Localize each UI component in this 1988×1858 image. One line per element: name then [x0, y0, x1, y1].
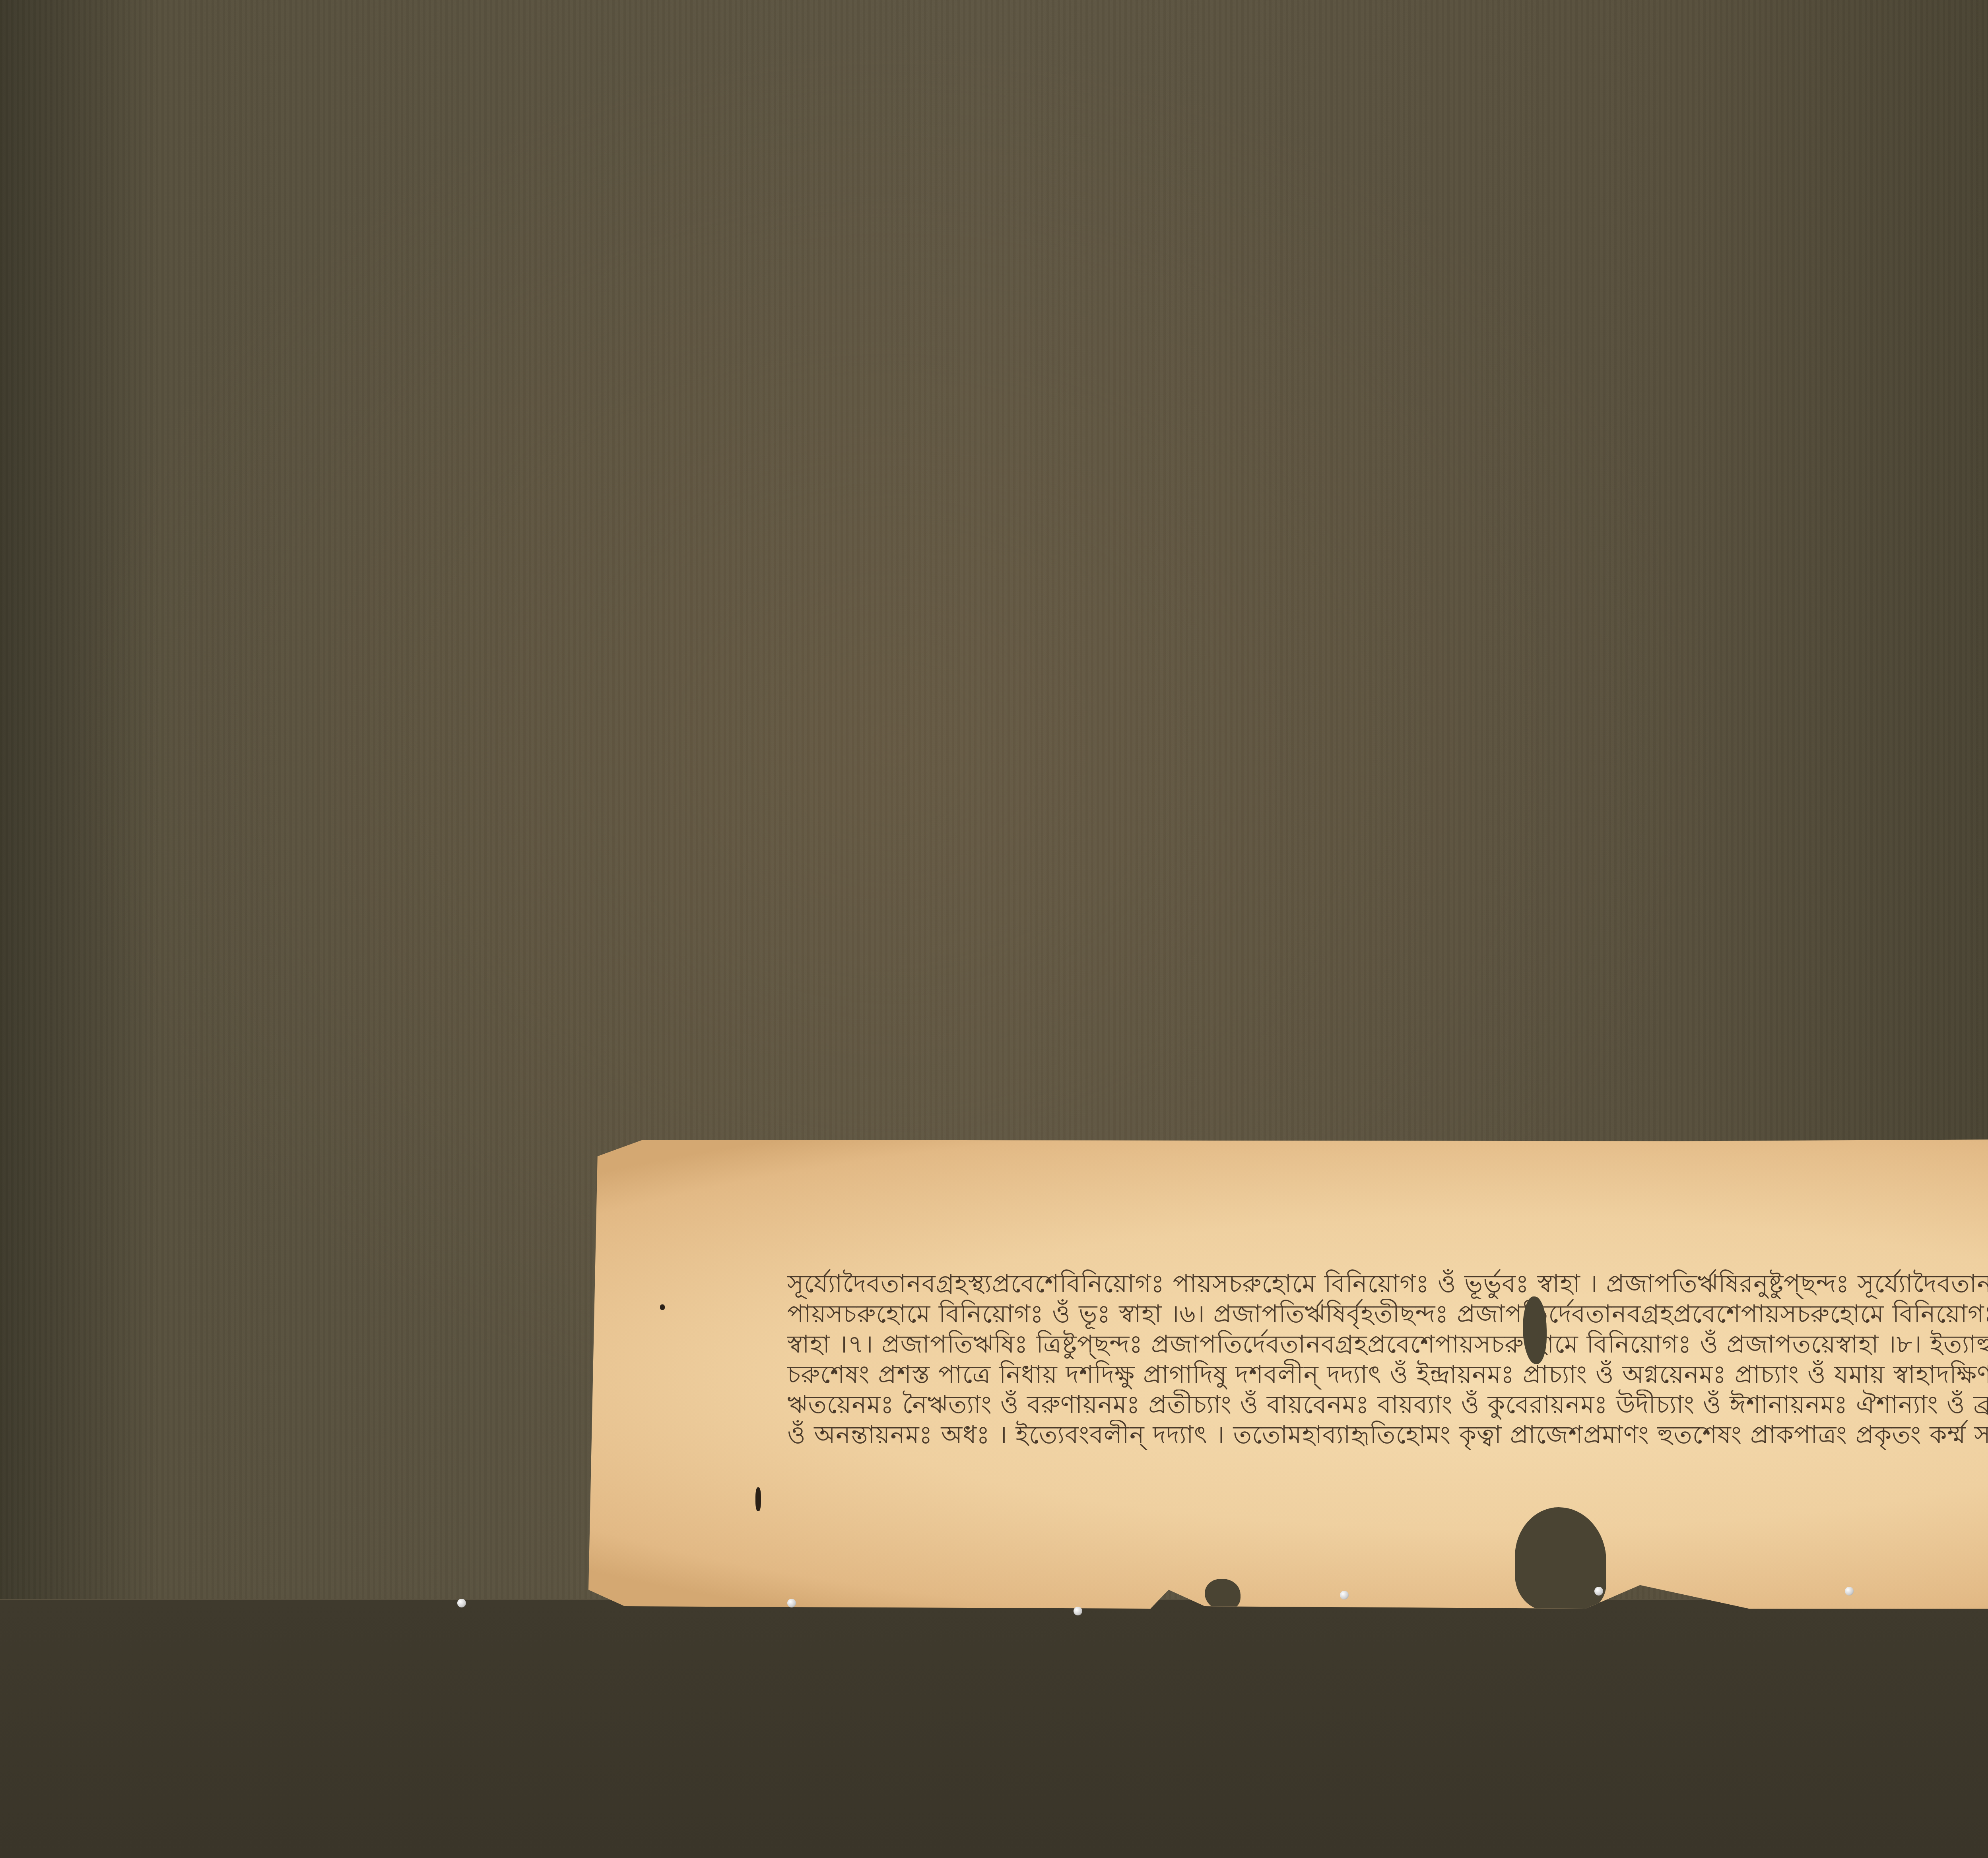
pin	[787, 1599, 796, 1607]
edge-tear-1	[1205, 1579, 1241, 1611]
mounting-board-lower	[0, 1599, 1988, 1858]
ink-blot	[660, 1304, 665, 1310]
text-line-1: সূর্য্যোদৈবতানবগ্রহস্থ্যপ্রবেশেবিনিয়োগঃ…	[787, 1269, 1988, 1299]
text-line-6: ওঁ অনন্তায়নমঃ অধঃ । ইত্যেবংবলীন্‌ দদ্যা…	[787, 1420, 1988, 1450]
pin	[1340, 1591, 1349, 1600]
text-line-2: পায়সচরুহোমে বিনিয়োগঃ ওঁ ভূঃ স্বাহা ।৬।…	[787, 1299, 1988, 1329]
wormhole-lower	[1515, 1507, 1606, 1611]
pin	[1074, 1607, 1082, 1615]
text-line-4: চরুশেষং প্রশস্ত পাত্রে নিধায় দশদিক্ষু প…	[787, 1359, 1988, 1390]
ink-blot	[755, 1487, 761, 1511]
manuscript-folio: সূর্য্যোদৈবতানবগ্রহস্থ্যপ্রবেশেবিনিয়োগঃ…	[588, 1137, 1988, 1609]
text-line-5: ঋতয়েনমঃ নৈঋত্যাং ওঁ বরুণায়নমঃ প্রতীচ্য…	[787, 1390, 1988, 1420]
text-line-3: স্বাহা ।৭। প্রজাপতিঋষিঃ ত্রিষ্টুপ্‌ছন্দঃ…	[787, 1329, 1988, 1359]
pin	[457, 1599, 466, 1607]
pin	[1594, 1587, 1603, 1596]
pin	[1845, 1587, 1854, 1596]
manuscript-text: সূর্য্যোদৈবতানবগ্রহস্থ্যপ্রবেশেবিনিয়োগঃ…	[787, 1269, 1988, 1450]
